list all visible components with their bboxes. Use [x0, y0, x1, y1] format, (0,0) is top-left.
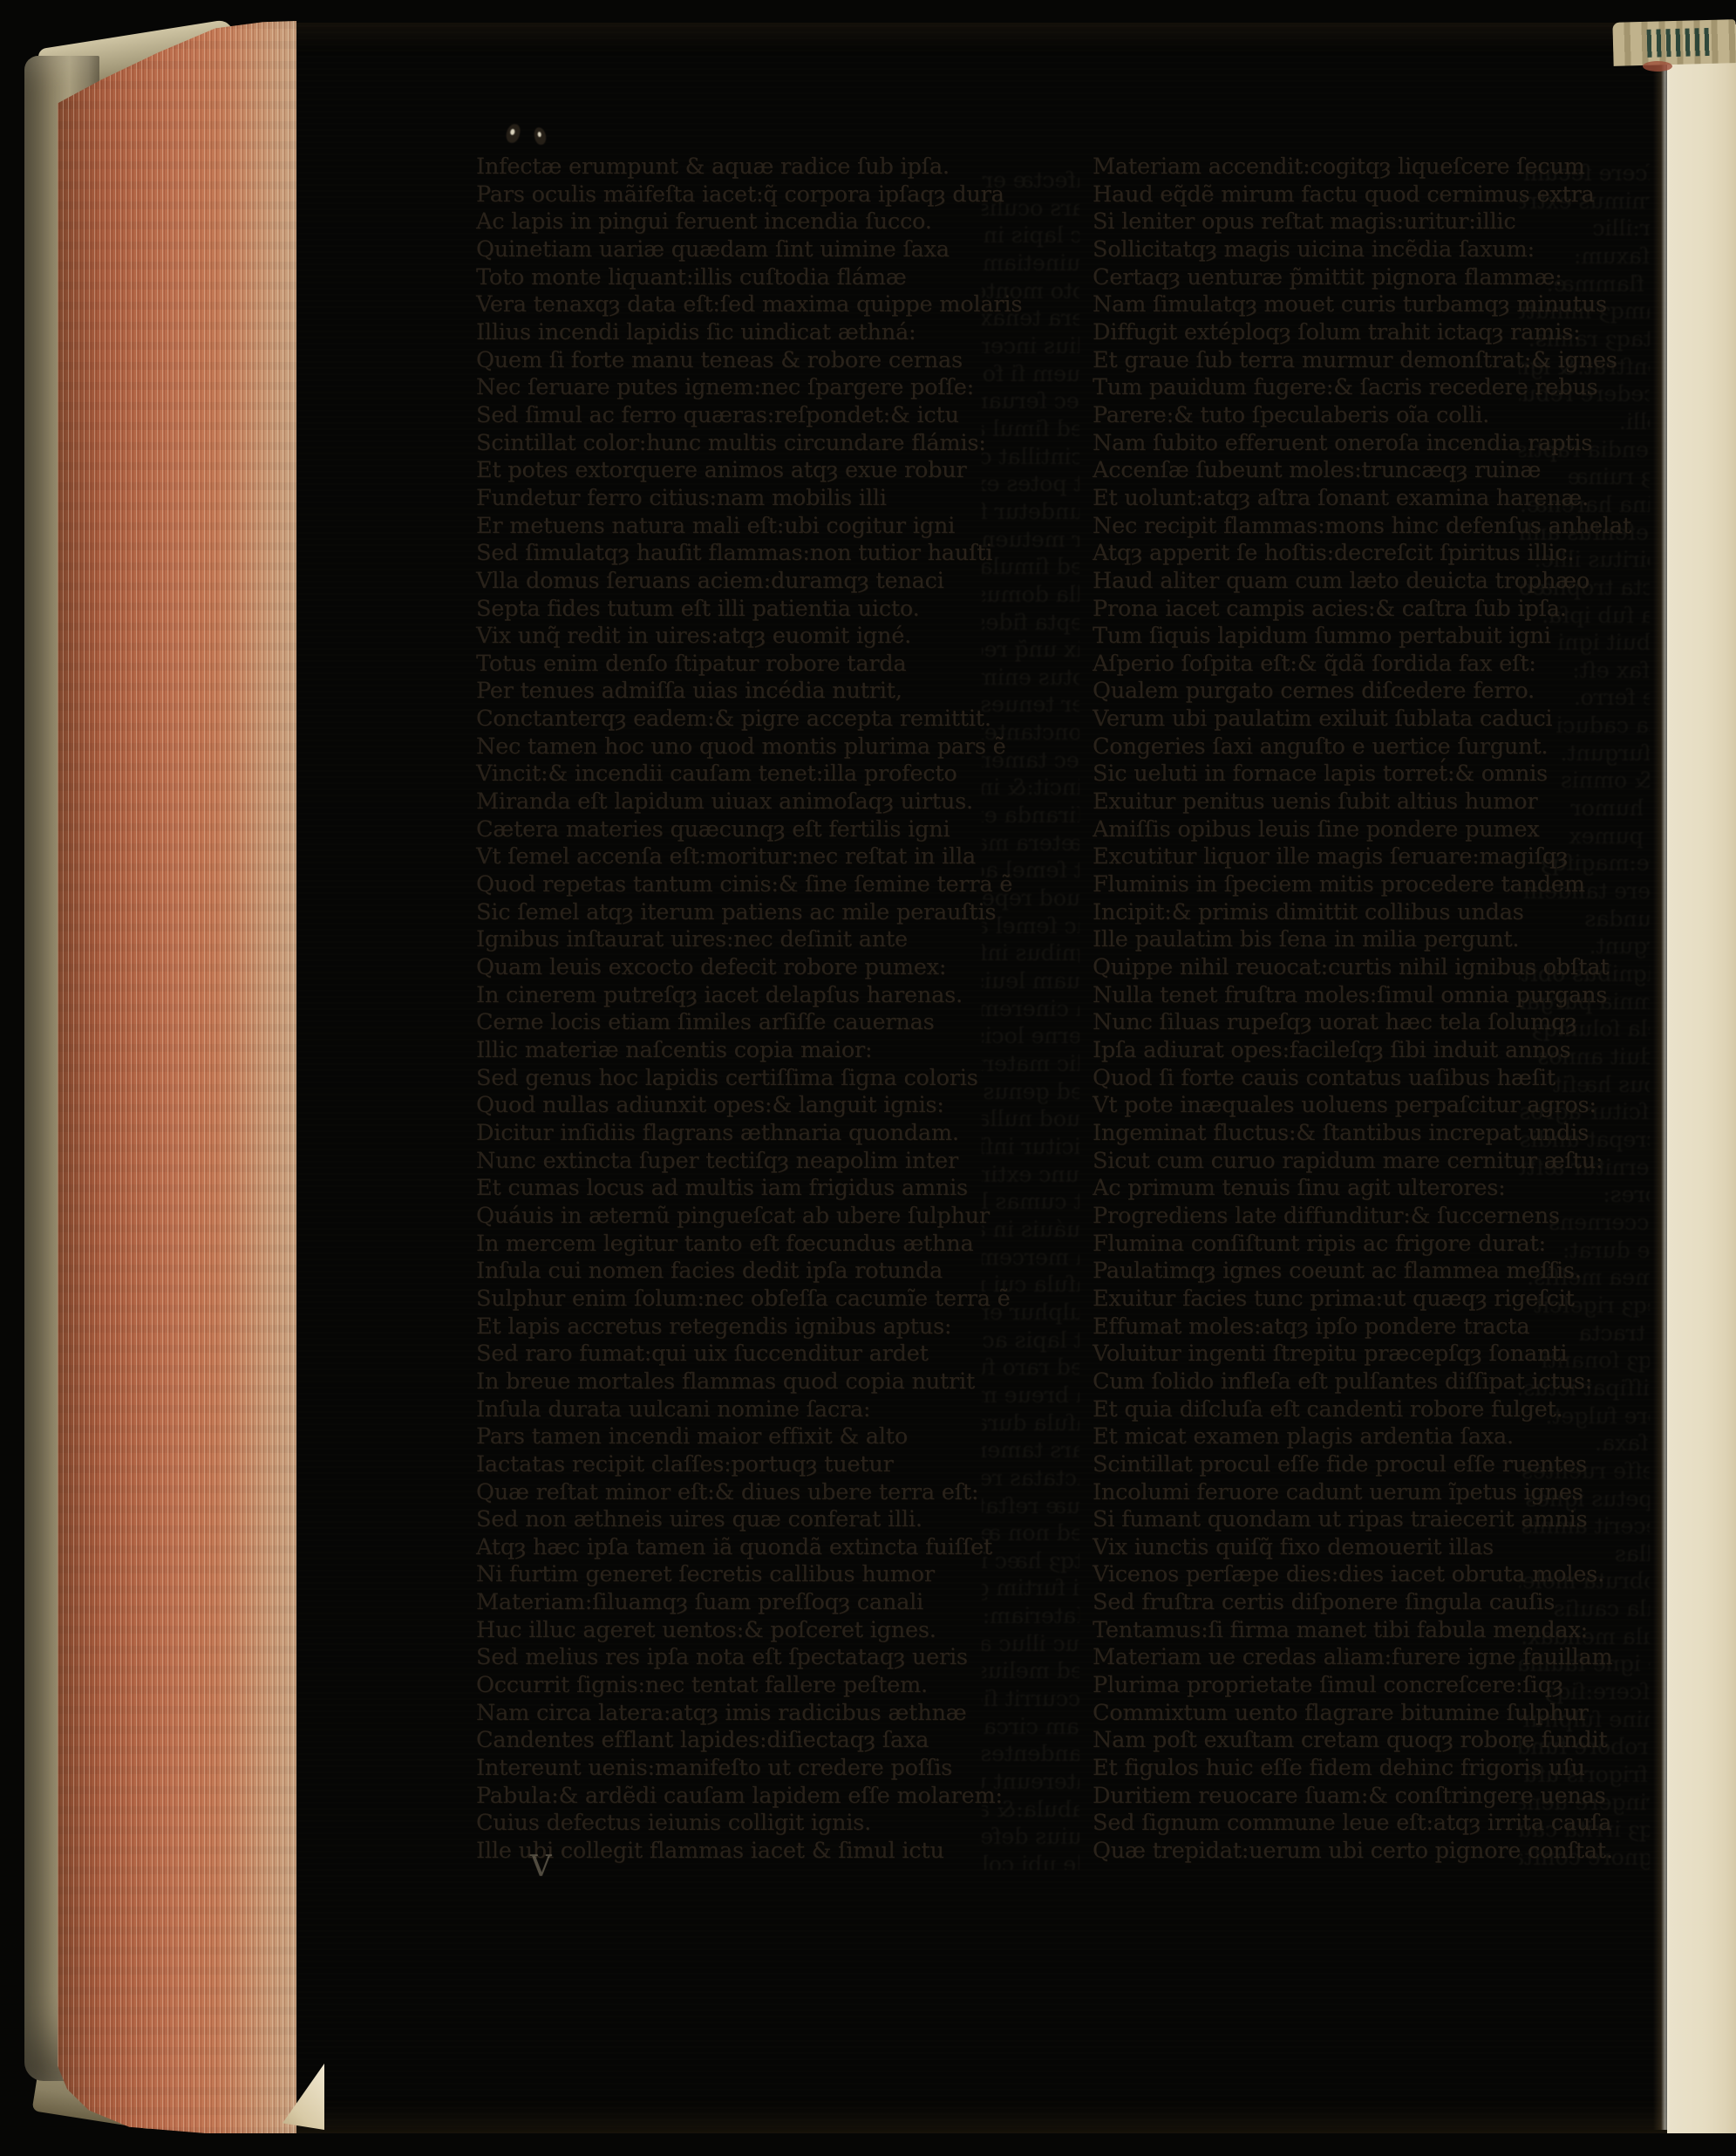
- text-line: Certaqȝ uenturæ p̃mittit pignora flammæ:: [1093, 264, 1616, 292]
- text-line: Nec recipit flammas:mons hinc defenſus a…: [1093, 513, 1616, 541]
- text-line: Conctanterqȝ eadem:& pigre accepta remit…: [476, 706, 999, 733]
- text-line: Qualem purgato cernes diſcedere ferro.: [1093, 678, 1616, 706]
- text-line: Et lapis accretus retegendis ignibus apt…: [476, 1313, 999, 1341]
- text-line: Exuitur facies tunc prima:ut quæqȝ rigeſ…: [1093, 1286, 1616, 1313]
- text-line: Quæ trepidat:uerum ubi certo pignore con…: [1093, 1838, 1616, 1866]
- text-line: Materiam ue credas aliam:furere igne fau…: [1093, 1644, 1616, 1672]
- text-line: Toto monte liquant:illis cuſtodia flámæ: [476, 264, 999, 292]
- text-line: Atqȝ apperit ſe hoſtis:decreſcit ſpiritu…: [1093, 540, 1616, 568]
- headband-red-tip: [1643, 61, 1672, 72]
- text-line: Illic materiæ naſcentis copia maior:: [476, 1037, 999, 1065]
- text-line: Ingeminat fluctus:& ſtantibus increpat u…: [1093, 1120, 1616, 1148]
- text-line: Vicenos perſæpe dies:dies iacet obruta m…: [1093, 1561, 1616, 1589]
- text-line: Si leniter opus reſtat magis:uritur:illi…: [1093, 208, 1616, 236]
- page-fore-edge-stack: [58, 21, 296, 2133]
- text-line: Progrediens late diffunditur:& ſuccernen…: [1093, 1203, 1616, 1231]
- text-line: Sed raro fumat:qui uix ſuccenditur ardet: [476, 1341, 999, 1368]
- text-line: Nunc ſiluas rupeſqȝ uorat hæc tela ſolum…: [1093, 1009, 1616, 1037]
- text-line: Sed melius res ipſa nota eſt ſpectataqȝ …: [476, 1644, 999, 1672]
- text-line: Et graue ſub terra murmur demonſtrat:& i…: [1093, 347, 1616, 375]
- text-line: Sed ſimulatqȝ hauſit flammas:non tutior …: [476, 540, 999, 568]
- headband: [1612, 19, 1736, 66]
- text-line: Sic ſemel atqȝ iterum patiens ac mile pe…: [476, 899, 999, 927]
- text-line: Quæ reſtat minor eſt:& diues ubere terra…: [476, 1479, 999, 1507]
- text-line: Congeries ſaxi anguſto e uertice ſurgunt…: [1093, 733, 1616, 761]
- quire-signature-mark: V: [530, 1849, 552, 1884]
- text-line: Quod ſi forte cauis contatus uaſibus hæſ…: [1093, 1065, 1616, 1093]
- text-line: Per tenues admiſſa uias incédia nutrit,: [476, 678, 999, 706]
- text-line: Et cumas locus ad multis iam frigidus am…: [476, 1175, 999, 1203]
- text-line: Sollicitatqȝ magis uicina incẽdia ſaxum:: [1093, 236, 1616, 264]
- text-line: Effumat moles:atqȝ ipſo pondere tracta: [1093, 1313, 1616, 1341]
- text-line: Sed ſimul ac ferro quæras:reſpondet:& ic…: [476, 402, 999, 430]
- text-line: Iactatas recipit claſſes:portuqȝ tuetur: [476, 1451, 999, 1479]
- text-line: Nam poſt exuſtam cretam quoqȝ robore fun…: [1093, 1727, 1616, 1755]
- text-line: Aſperio ſoſpita eſt:& q̃dã ſordida fax e…: [1093, 651, 1616, 679]
- text-line: Quod nullas adiunxit opes:& languit igni…: [476, 1092, 999, 1120]
- text-column-right: Materiam accendit:cogitqȝ liqueſcere ſec…: [1093, 154, 1616, 1866]
- text-line: Haud eq̃dẽ mirum factu quod cernimus ext…: [1093, 181, 1616, 209]
- text-line: Miranda eſt lapidum uiuax animoſaqȝ uirt…: [476, 788, 999, 816]
- text-line: Accenſæ ſubeunt moles:truncæqȝ ruinæ: [1093, 457, 1616, 485]
- text-line: Illius incendi lapidis ſic uindicat æthn…: [476, 319, 999, 347]
- text-line: Amiſſis opibus leuis ſine pondere pumex: [1093, 816, 1616, 844]
- text-line: Vt ſemel accenſa eſt:moritur:nec reſtat …: [476, 843, 999, 871]
- text-line: Quem ſi forte manu teneas & robore cerna…: [476, 347, 999, 375]
- text-line: In mercem legitur tanto eſt fœcundus æth…: [476, 1231, 999, 1259]
- text-line: Ipſa adiurat opes:facileſqȝ ſibi induit …: [1093, 1037, 1616, 1065]
- text-line: Nam ſimulatqȝ mouet curis turbamqȝ minut…: [1093, 291, 1616, 319]
- text-line: Dicitur inſidiis flagrans æthnaria quond…: [476, 1120, 999, 1148]
- text-line: Tum pauidum fugere:& ſacris recedere reb…: [1093, 374, 1616, 402]
- text-line: Cerne locis etiam ſimiles arſiſſe cauern…: [476, 1009, 999, 1037]
- text-line: Er metuens natura mali eſt:ubi cogitur i…: [476, 513, 999, 541]
- gutter-page-curve: [1667, 24, 1736, 2133]
- text-line: In cinerem putreſqȝ iacet delapſus haren…: [476, 982, 999, 1010]
- text-line: Vincit:& incendii cauſam tenet:illa prof…: [476, 761, 999, 788]
- text-line: Quod repetas tantum cinis:& ſine ſemine …: [476, 871, 999, 899]
- text-line: Sed genus hoc lapidis certiſſima ſigna c…: [476, 1065, 999, 1093]
- text-line: Quam leuis excocto defecit robore pumex:: [476, 954, 999, 982]
- text-line: Parere:& tuto ſpeculaberis oĩa colli.: [1093, 402, 1616, 430]
- text-line: Ille ubi collegit flammas iacet & ſimul …: [476, 1838, 999, 1866]
- text-line: Et potes extorquere animos atqȝ exue rob…: [476, 457, 999, 485]
- text-line: Et quia diſcluſa eſt candenti robore ful…: [1093, 1396, 1616, 1424]
- text-line: Verum ubi paulatim exiluit ſublata caduc…: [1093, 706, 1616, 733]
- text-line: Nam ſubito efferuent oneroſa incendia ra…: [1093, 430, 1616, 458]
- text-line: Infectæ erumpunt & aquæ radice ſub ipſa.: [476, 154, 999, 181]
- text-line: Haud aliter quam cum læto deuicta trophæ…: [1093, 568, 1616, 596]
- text-column-left: Infectæ erumpunt & aquæ radice ſub ipſa.…: [476, 154, 999, 1866]
- text-line: Septa fides tutum eſt illi patientia uic…: [476, 596, 999, 624]
- text-line: Ni furtim generet ſecretis callibus humo…: [476, 1561, 999, 1589]
- text-line: Totus enim denſo ſtipatur robore tarda: [476, 651, 999, 679]
- text-line: Vix iunctis quiſq̃ fixo demouerit illas: [1093, 1534, 1616, 1562]
- text-line: Sic ueluti in fornace lapis torret́:& om…: [1093, 761, 1616, 788]
- text-line: Ac lapis in pingui feruent incendia ſucc…: [476, 208, 999, 236]
- text-line: Intereunt uenis:manifeſto ut credere poſ…: [476, 1755, 999, 1783]
- text-line: Cum ſolido infleſa eſt pulſantes diſſipa…: [1093, 1368, 1616, 1396]
- text-line: Nec tamen hoc uno quod montis plurima pa…: [476, 733, 999, 761]
- text-line: Et uolunt:atqȝ aſtra ſonant examina hare…: [1093, 485, 1616, 513]
- text-line: Prona iacet campis acies:& caſtra ſub ip…: [1093, 596, 1616, 624]
- text-line: In breue mortales flammas quod copia nut…: [476, 1368, 999, 1396]
- text-line: Inſula durata uulcani nomine ſacra:: [476, 1396, 999, 1424]
- text-line: Quippe nihil reuocat:curtis nihil ignibu…: [1093, 954, 1616, 982]
- text-line: Sicut cum curuo rapidum mare cernitur æſ…: [1093, 1148, 1616, 1176]
- text-line: Pars oculis mãifeſta iacet:q̃ corpora ip…: [476, 181, 999, 209]
- text-line: Voluitur ingenti ſtrepitu præcepſqȝ ſona…: [1093, 1341, 1616, 1368]
- text-line: Fluminis in ſpeciem mitis procedere tand…: [1093, 871, 1616, 899]
- text-line: Quinetiam uariæ quædam ſint uimine ſaxa: [476, 236, 999, 264]
- text-line: Cuius defectus ieiunis colligit ignis.: [476, 1810, 999, 1838]
- text-line: Exuitur penitus uenis ſubit altius humor: [1093, 788, 1616, 816]
- text-line: Ac primum tenuis ſinu agit ulterores:: [1093, 1175, 1616, 1203]
- text-line: Sed ſignum commune leue eſt:atqȝ irrita …: [1093, 1810, 1616, 1838]
- text-line: Incolumi feruore cadunt uerum ĩpetus ign…: [1093, 1479, 1616, 1507]
- text-line: Huc illuc ageret uentos:& poſceret ignes…: [476, 1617, 999, 1645]
- text-line: Inſula cui nomen facies dedit ipſa rotun…: [476, 1258, 999, 1286]
- text-line: Sulphur enim ſolum:nec obſeſſa cacumĩe t…: [476, 1286, 999, 1313]
- text-line: Tum ſiquis lapidum ſummo pertabuit igni: [1093, 623, 1616, 651]
- text-line: Incipit:& primis dimittit collibus undas: [1093, 899, 1616, 927]
- text-line: Et micat examen plagis ardentia ſaxa.: [1093, 1423, 1616, 1451]
- text-line: Quáuis in æternũ pingueſcat ab ubere ſul…: [476, 1203, 999, 1231]
- text-line: Materiam:ſiluamqȝ ſuam preſſoqȝ canali: [476, 1589, 999, 1617]
- text-line: Vt pote inæquales uoluens perpaſcitur ag…: [1093, 1092, 1616, 1120]
- text-line: Tentamus:ſi firma manet tibi fabula mend…: [1093, 1617, 1616, 1645]
- text-line: Sed non æthneis uires quæ conferat illi.: [476, 1506, 999, 1534]
- gutter-crease: [1653, 26, 1671, 2130]
- text-line: Diffugit extéploqȝ ſolum trahit ictaqȝ r…: [1093, 319, 1616, 347]
- text-line: Fundetur ferro citius:nam mobilis illi: [476, 485, 999, 513]
- text-line: Sed fruſtra certis diſponere ſingula cau…: [1093, 1589, 1616, 1617]
- text-line: Duritiem reuocare ſuam:& conſtringere ue…: [1093, 1783, 1616, 1811]
- text-line: Atqȝ hæc ipſa tamen iã quondã extincta f…: [476, 1534, 999, 1562]
- text-line: Cætera materies quæcunqȝ eſt fertilis ig…: [476, 816, 999, 844]
- text-line: Plurima proprietate ſimul concreſcere:ſi…: [1093, 1672, 1616, 1700]
- text-line: Vlla domus ſeruans aciem:duramqȝ tenaci: [476, 568, 999, 596]
- text-line: Flumina conſiſtunt ripis ac frigore dura…: [1093, 1231, 1616, 1259]
- text-line: Materiam accendit:cogitqȝ liqueſcere ſec…: [1093, 154, 1616, 181]
- text-line: Nunc extincta ſuper tectiſqȝ neapolim in…: [476, 1148, 999, 1176]
- text-line: Vix unq̃ redit in uires:atqȝ euomit igné…: [476, 623, 999, 651]
- text-line: Et figulos huic eſſe fidem dehinc frigor…: [1093, 1755, 1616, 1783]
- text-line: Ille paulatim bis ſena in milia pergunt.: [1093, 926, 1616, 954]
- text-line: Occurrit ſignis:nec tentat fallere peſte…: [476, 1672, 999, 1700]
- text-line: Nec ſeruare putes ignem:nec ſpargere poſ…: [476, 374, 999, 402]
- text-line: Si fumant quondam ut ripas traiecerit am…: [1093, 1506, 1616, 1534]
- text-line: Commixtum uento flagrare bitumine ſulphu…: [1093, 1700, 1616, 1728]
- text-line: Scintillat procul eſſe fide procul eſſe …: [1093, 1451, 1616, 1479]
- text-line: Candentes efflant lapides:diſiectaqȝ ſax…: [476, 1727, 999, 1755]
- text-line: Ignibus inſtaurat uires:nec deſinit ante: [476, 926, 999, 954]
- text-line: Scintillat color:hunc multis circundare …: [476, 430, 999, 458]
- text-line: Paulatimqȝ ignes coeunt ac flammea meſſi…: [1093, 1258, 1616, 1286]
- text-line: Excutitur liquor ille magis ſeruare:magi…: [1093, 843, 1616, 871]
- book-photo: Infectæ erumpunt & aquæ radice ſub ipſa.…: [0, 0, 1736, 2156]
- text-line: Pabula:& ardẽdi cauſam lapidem eſſe mola…: [476, 1783, 999, 1811]
- text-line: Pars tamen incendi maior effixit & alto: [476, 1423, 999, 1451]
- text-line: Vera tenaxqȝ data eſt:ſed maxima quippe …: [476, 291, 999, 319]
- text-line: Nam circa latera:atqȝ imis radicibus æth…: [476, 1700, 999, 1728]
- text-line: Nulla tenet fruſtra moles:ſimul omnia pu…: [1093, 982, 1616, 1010]
